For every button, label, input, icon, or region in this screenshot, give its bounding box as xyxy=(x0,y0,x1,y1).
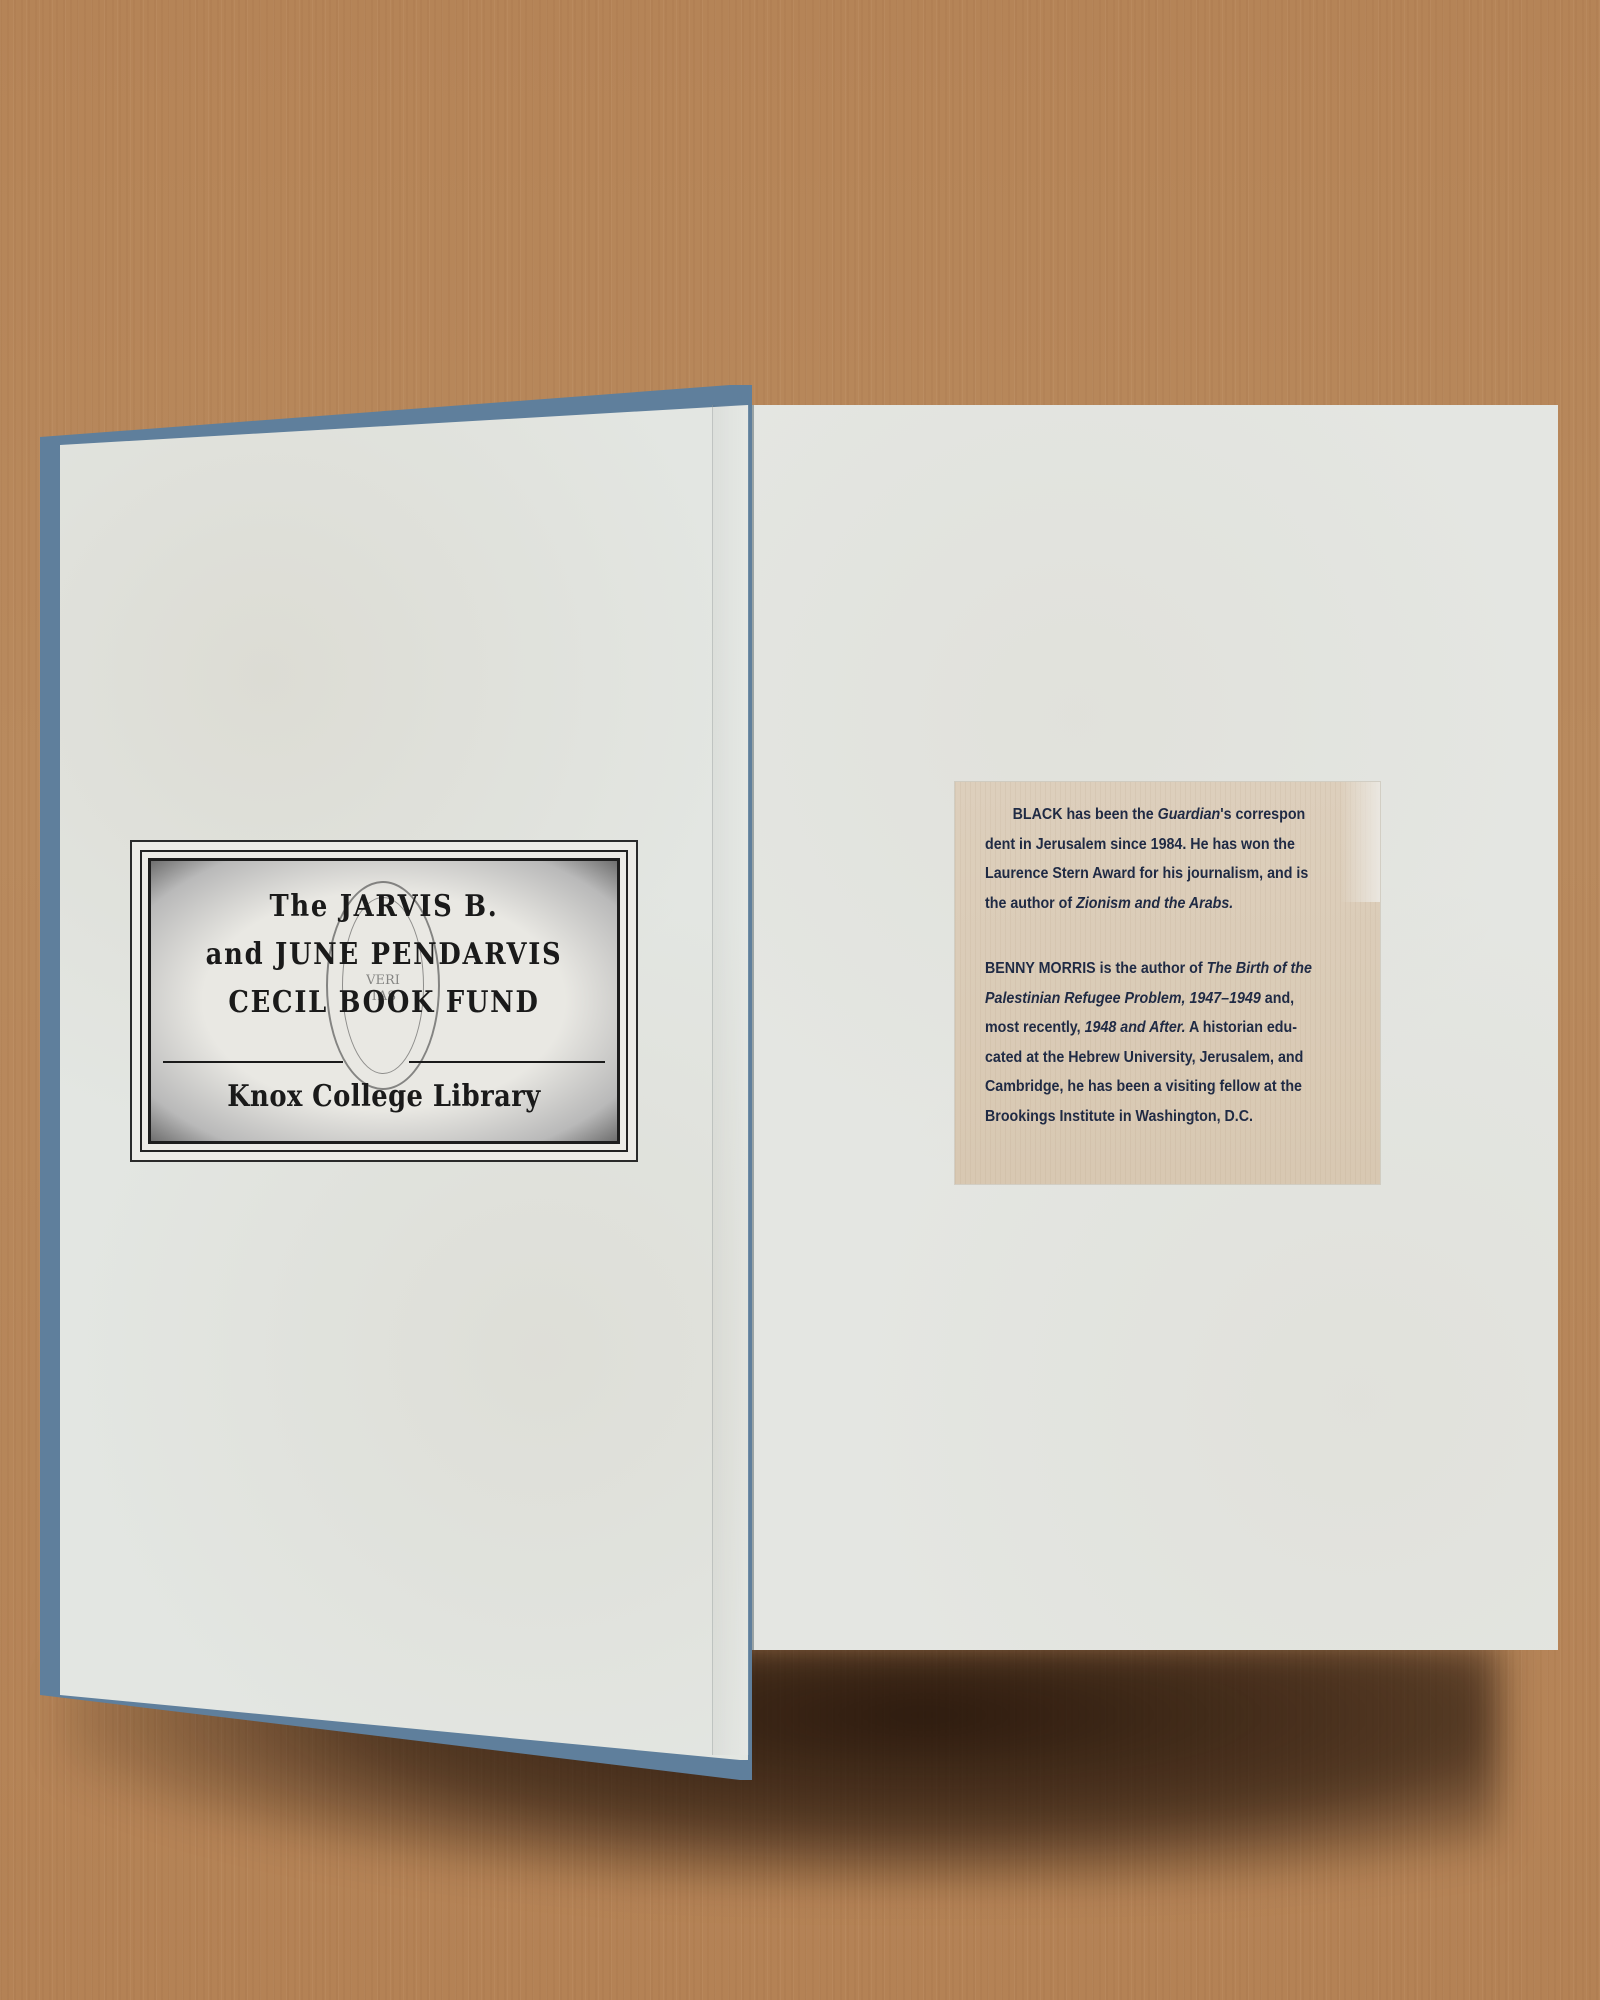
bookplate-line-1: The JARVIS B. xyxy=(184,889,585,924)
hinge-gutter xyxy=(712,405,749,1755)
bookplate-panel: VERI TAS The JARVIS B. and JUNE PENDARVI… xyxy=(148,858,620,1144)
author-name-black: BLACK xyxy=(1013,806,1063,823)
publication-title: Guardian xyxy=(1158,806,1221,823)
bookplate-rule-right xyxy=(409,1061,605,1063)
clipping-worn-edge xyxy=(1340,782,1380,902)
author-name-morris: BENNY MORRIS xyxy=(985,960,1096,977)
author-bio-clipping: BLACK has been the Guardian's correspon … xyxy=(955,782,1380,1184)
book-title: Palestinian Refugee Problem, 1947–1949 xyxy=(985,990,1261,1007)
book-title: 1948 and After. xyxy=(1085,1019,1186,1036)
bookplate-line-2: and JUNE PENDARVIS xyxy=(184,937,585,972)
library-bookplate: VERI TAS The JARVIS B. and JUNE PENDARVI… xyxy=(130,840,638,1162)
bookplate-library-name: Knox College Library xyxy=(184,1079,585,1114)
bio-paragraph-black: BLACK has been the Guardian's correspon … xyxy=(985,800,1332,918)
bookplate-line-3: CECIL BOOK FUND xyxy=(184,985,585,1020)
book-title: Zionism and the Arabs. xyxy=(1076,895,1233,912)
bookplate-rule-left xyxy=(163,1061,343,1063)
bookplate-border: VERI TAS The JARVIS B. and JUNE PENDARVI… xyxy=(140,850,628,1152)
bio-paragraph-morris: BENNY MORRIS is the author of The Birth … xyxy=(985,954,1332,1131)
